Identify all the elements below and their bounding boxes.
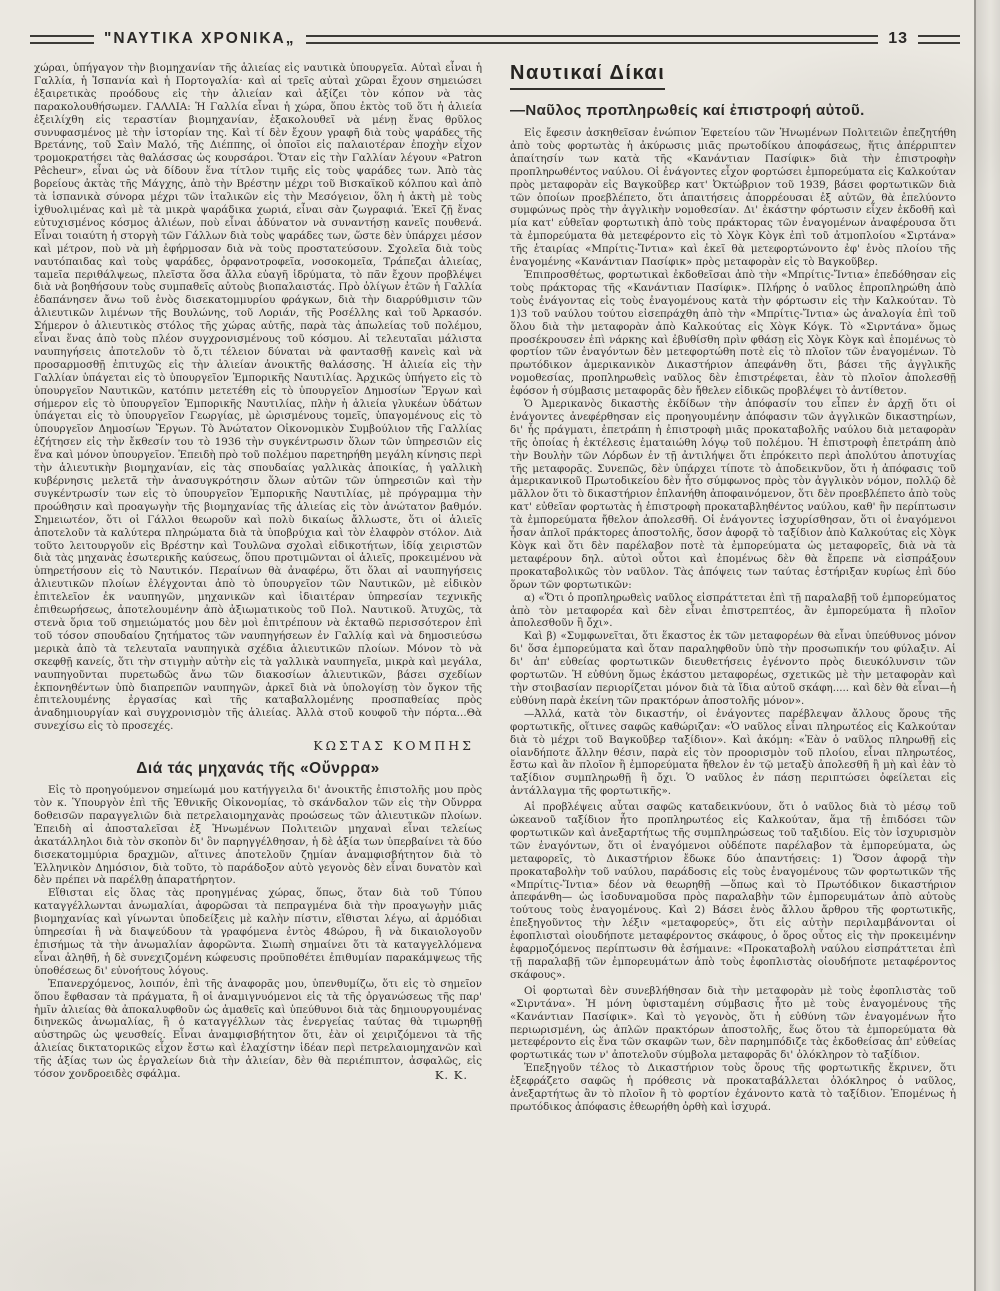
freight-article-title: —Ναῦλος προπληρωθείς καί ἐπιστροφή αὐτοῦ… bbox=[510, 102, 956, 119]
ounrra-article-title: Διά τάς μηχανάς τῆς «Οὔνρρα» bbox=[34, 760, 482, 778]
scan-page-edge bbox=[974, 0, 1000, 1291]
columns: χώραι, ὑπήγαγον τὴν βιομηχανίαν τῆς ἁλιε… bbox=[0, 48, 1000, 1114]
freight-paragraph: Καὶ β) «Συμφωνεῖται, ὅτι ἕκαστος ἐκ τῶν … bbox=[510, 630, 956, 707]
page-title: "ΝΑΥΤΙΚΑ ΧΡΟΝΙΚΑ„ bbox=[104, 30, 296, 48]
masthead: "ΝΑΥΤΙΚΑ ΧΡΟΝΙΚΑ„ 13 bbox=[0, 0, 1000, 48]
masthead-rule-right bbox=[918, 35, 960, 44]
freight-paragraph: α) «Ὅτι ὁ προπληρωθεὶς ναῦλος εἰσπράττετ… bbox=[510, 592, 956, 631]
ounrra-paragraph: Εἰς τὸ προηγούμενον σημείωμά μου κατήγγε… bbox=[34, 784, 482, 887]
right-column: Ναυτικαί Δίκαι —Ναῦλος προπληρωθείς καί … bbox=[510, 62, 956, 1114]
ounrra-paragraph: Ἐπανερχόμενος, λοιπόν, ἐπὶ τῆς ἀναφορᾶς … bbox=[34, 978, 482, 1081]
masthead-rule-center bbox=[306, 35, 879, 44]
freight-paragraph: —Ἀλλά, κατὰ τὸν δικαστήν, οἱ ἐνάγοντες π… bbox=[510, 708, 956, 798]
page-number: 13 bbox=[888, 30, 908, 48]
section-title-nautical-justice: Ναυτικαί Δίκαι bbox=[510, 62, 665, 90]
freight-paragraph: Ὁ Ἀμερικανὸς δικαστὴς ἐκδίδων τὴν ἀπόφασ… bbox=[510, 398, 956, 592]
freight-paragraph: Ἐπεξηγοῦν τέλος τὸ Δικαστήριον τοὺς ὅρου… bbox=[510, 1062, 956, 1114]
fisheries-article-text: χώραι, ὑπήγαγον τὴν βιομηχανίαν τῆς ἁλιε… bbox=[34, 62, 482, 733]
fisheries-article-signature: ΚΩΣΤΑΣ ΚΟΜΠΗΣ bbox=[34, 738, 482, 753]
freight-paragraph: Αἱ προβλέψεις αὗται σαφῶς καταδεικνύουν,… bbox=[510, 801, 956, 982]
freight-paragraph: Ἐπιπροσθέτως, φορτωτικαὶ ἐκδοθεῖσαι ἀπὸ … bbox=[510, 269, 956, 398]
masthead-rule-left bbox=[30, 35, 94, 44]
left-column: χώραι, ὑπήγαγον τὴν βιομηχανίαν τῆς ἁλιε… bbox=[34, 62, 482, 1114]
ounrra-paragraph: Εἴθισται εἰς ὅλας τὰς προηγμένας χώρας, … bbox=[34, 887, 482, 977]
newspaper-page: "ΝΑΥΤΙΚΑ ΧΡΟΝΙΚΑ„ 13 χώραι, ὑπήγαγον τὴν… bbox=[0, 0, 1000, 1291]
freight-paragraph: Εἰς ἔφεσιν ἀσκηθεῖσαν ἐνώπιον Ἐφετείου τ… bbox=[510, 127, 956, 269]
freight-paragraph: Οἱ φορτωταὶ δὲν συνεβλήθησαν διὰ τὴν μετ… bbox=[510, 985, 956, 1062]
